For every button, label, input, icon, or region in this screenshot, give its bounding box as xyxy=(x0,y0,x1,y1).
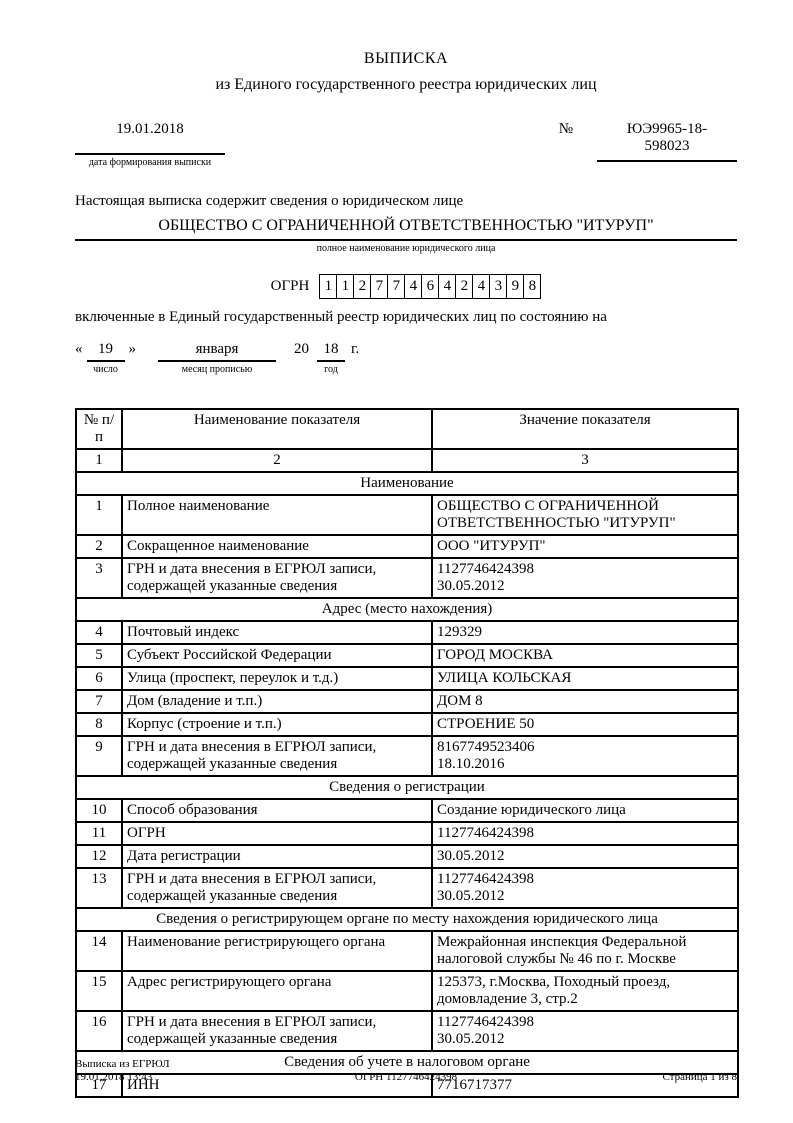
month-value: января xyxy=(158,340,276,362)
row-value: Межрайонная инспекция Федеральной налого… xyxy=(432,931,738,971)
row-value: ДОМ 8 xyxy=(432,690,738,713)
footer-datetime: 19.01.2018 13:43 xyxy=(75,1071,296,1084)
form-date-value: 19.01.2018 xyxy=(75,121,225,155)
row-number: 16 xyxy=(76,1011,122,1051)
ogrn-digit-box: 4 xyxy=(438,274,456,299)
form-date-block: 19.01.2018 дата формирования выписки xyxy=(75,121,225,168)
ogrn-digit-box: 9 xyxy=(506,274,524,299)
row-value: СТРОЕНИЕ 50 xyxy=(432,713,738,736)
header-indicator-name: Наименование показателя xyxy=(122,409,432,449)
row-value: 8167749523406 18.10.2016 xyxy=(432,736,738,776)
document-content: ВЫПИСКА из Единого государственного реес… xyxy=(75,0,737,1098)
footer-page-number: Страница 1 из 8 xyxy=(516,1071,737,1084)
row-value: 1127746424398 xyxy=(432,822,738,845)
row-label: ОГРН xyxy=(122,822,432,845)
table-row: 5 Субъект Российской Федерации ГОРОД МОС… xyxy=(76,644,738,667)
number-sign: № xyxy=(559,121,573,138)
ogrn-digit-box: 4 xyxy=(472,274,490,299)
row-label: Улица (проспект, переулок и т.д.) xyxy=(122,667,432,690)
close-quote: » xyxy=(129,340,137,359)
footer-left: Выписка из ЕГРЮЛ 19.01.2018 13:43 xyxy=(75,1058,296,1084)
table-row: 3 ГРН и дата внесения в ЕГРЮЛ записи, со… xyxy=(76,558,738,598)
row-label: Полное наименование xyxy=(122,495,432,535)
header-row-number: № п/п xyxy=(76,409,122,449)
header-fields: 19.01.2018 дата формирования выписки № Ю… xyxy=(75,121,737,168)
document-title: ВЫПИСКА xyxy=(75,50,737,68)
century-text: 20 xyxy=(294,340,309,359)
row-value: 30.05.2012 xyxy=(432,845,738,868)
table-row: 9 ГРН и дата внесения в ЕГРЮЛ записи, со… xyxy=(76,736,738,776)
section-title: Сведения о регистрации xyxy=(76,776,738,799)
table-row: 14 Наименование регистрирующего органа М… xyxy=(76,931,738,971)
row-label: ГРН и дата внесения в ЕГРЮЛ записи, соде… xyxy=(122,868,432,908)
row-value: 125373, г.Москва, Походный проезд, домов… xyxy=(432,971,738,1011)
table-row: 15 Адрес регистрирующего органа 125373, … xyxy=(76,971,738,1011)
year-suffix: г. xyxy=(351,340,359,359)
table-row: 8 Корпус (строение и т.п.) СТРОЕНИЕ 50 xyxy=(76,713,738,736)
section-title: Наименование xyxy=(76,472,738,495)
row-label: Сокращенное наименование xyxy=(122,535,432,558)
state-date-row: « 19 число » января месяц прописью 20 18… xyxy=(75,340,737,375)
row-value: 129329 xyxy=(432,621,738,644)
row-number: 11 xyxy=(76,822,122,845)
row-number: 3 xyxy=(76,558,122,598)
footer-doc-type: Выписка из ЕГРЮЛ xyxy=(75,1058,296,1071)
section-title: Адрес (место нахождения) xyxy=(76,598,738,621)
row-value: ОБЩЕСТВО С ОГРАНИЧЕННОЙ ОТВЕТСТВЕННОСТЬЮ… xyxy=(432,495,738,535)
row-number: 5 xyxy=(76,644,122,667)
row-label: Адрес регистрирующего органа xyxy=(122,971,432,1011)
row-label: Корпус (строение и т.п.) xyxy=(122,713,432,736)
row-number: 2 xyxy=(76,535,122,558)
section-row: Сведения о регистрирующем органе по мест… xyxy=(76,908,738,931)
table-row: 2 Сокращенное наименование ООО "ИТУРУП" xyxy=(76,535,738,558)
header-indicator-value: Значение показателя xyxy=(432,409,738,449)
row-number: 14 xyxy=(76,931,122,971)
footer-ogrn: ОГРН 1127746424398 xyxy=(296,1071,517,1084)
column-number-row: 1 2 3 xyxy=(76,449,738,472)
year-label: год xyxy=(317,362,345,375)
row-label: Дом (владение и т.п.) xyxy=(122,690,432,713)
document-page: ВЫПИСКА из Единого государственного реес… xyxy=(0,0,793,1123)
row-number: 1 xyxy=(76,495,122,535)
row-number: 9 xyxy=(76,736,122,776)
row-value: 1127746424398 30.05.2012 xyxy=(432,868,738,908)
ogrn-digit-box: 2 xyxy=(353,274,371,299)
ogrn-label: ОГРН xyxy=(271,278,310,295)
table-row: 7 Дом (владение и т.п.) ДОМ 8 xyxy=(76,690,738,713)
row-number: 4 xyxy=(76,621,122,644)
row-value: ГОРОД МОСКВА xyxy=(432,644,738,667)
row-number: 13 xyxy=(76,868,122,908)
row-label: ГРН и дата внесения в ЕГРЮЛ записи, соде… xyxy=(122,558,432,598)
day-label: число xyxy=(87,362,125,375)
ogrn-digit-boxes: 1 1 2 7 7 4 6 4 2 4 3 9 8 xyxy=(319,274,541,299)
document-number-text: ЮЭ9965-18-598023 xyxy=(617,121,717,155)
row-label: Наименование регистрирующего органа xyxy=(122,931,432,971)
ogrn-digit-box: 4 xyxy=(404,274,422,299)
section-row: Адрес (место нахождения) xyxy=(76,598,738,621)
company-name: ОБЩЕСТВО С ОГРАНИЧЕННОЙ ОТВЕТСТВЕННОСТЬЮ… xyxy=(75,217,737,241)
row-value: Создание юридического лица xyxy=(432,799,738,822)
section-row: Сведения о регистрации xyxy=(76,776,738,799)
year-value: 18 xyxy=(317,340,345,362)
month-label: месяц прописью xyxy=(158,362,276,375)
column-number: 2 xyxy=(122,449,432,472)
ogrn-digit-box: 7 xyxy=(370,274,388,299)
intro-line: Настоящая выписка содержит сведения о юр… xyxy=(75,193,737,210)
section-title: Сведения о регистрирующем органе по мест… xyxy=(76,908,738,931)
table-header-row: № п/п Наименование показателя Значение п… xyxy=(76,409,738,449)
row-value: 1127746424398 30.05.2012 xyxy=(432,1011,738,1051)
section-row: Наименование xyxy=(76,472,738,495)
row-label: Почтовый индекс xyxy=(122,621,432,644)
row-label: ГРН и дата внесения в ЕГРЮЛ записи, соде… xyxy=(122,1011,432,1051)
ogrn-digit-box: 2 xyxy=(455,274,473,299)
document-subtitle: из Единого государственного реестра юрид… xyxy=(75,76,737,94)
table-row: 11 ОГРН 1127746424398 xyxy=(76,822,738,845)
ogrn-digit-box: 7 xyxy=(387,274,405,299)
row-number: 15 xyxy=(76,971,122,1011)
ogrn-digit-box: 6 xyxy=(421,274,439,299)
month-field: января месяц прописью xyxy=(158,340,276,375)
column-number: 1 xyxy=(76,449,122,472)
row-value: ООО "ИТУРУП" xyxy=(432,535,738,558)
row-number: 6 xyxy=(76,667,122,690)
open-quote: « xyxy=(75,340,83,359)
row-label: Способ образования xyxy=(122,799,432,822)
row-number: 12 xyxy=(76,845,122,868)
page-footer: Выписка из ЕГРЮЛ 19.01.2018 13:43 ОГРН 1… xyxy=(75,1058,737,1084)
ogrn-digit-box: 1 xyxy=(319,274,337,299)
ogrn-digit-box: 3 xyxy=(489,274,507,299)
table-row: 10 Способ образования Создание юридическ… xyxy=(76,799,738,822)
row-label: ГРН и дата внесения в ЕГРЮЛ записи, соде… xyxy=(122,736,432,776)
registry-table: № п/п Наименование показателя Значение п… xyxy=(75,408,739,1098)
row-number: 7 xyxy=(76,690,122,713)
day-field: 19 число xyxy=(87,340,125,375)
document-number-block: № ЮЭ9965-18-598023 xyxy=(559,121,737,162)
row-number: 10 xyxy=(76,799,122,822)
ogrn-row: ОГРН 1 1 2 7 7 4 6 4 2 4 3 9 8 xyxy=(75,274,737,299)
ogrn-digit-box: 1 xyxy=(336,274,354,299)
row-value: 1127746424398 30.05.2012 xyxy=(432,558,738,598)
document-number-field: ЮЭ9965-18-598023 xyxy=(597,121,737,162)
column-number: 3 xyxy=(432,449,738,472)
table-row: 4 Почтовый индекс 129329 xyxy=(76,621,738,644)
row-value: УЛИЦА КОЛЬСКАЯ xyxy=(432,667,738,690)
included-line: включенные в Единый государственный реес… xyxy=(75,309,737,326)
day-value: 19 xyxy=(87,340,125,362)
row-label: Субъект Российской Федерации xyxy=(122,644,432,667)
company-name-label: полное наименование юридического лица xyxy=(75,241,737,254)
table-row: 6 Улица (проспект, переулок и т.д.) УЛИЦ… xyxy=(76,667,738,690)
table-row: 12 Дата регистрации 30.05.2012 xyxy=(76,845,738,868)
document-number-value: ЮЭ9965-18-598023 xyxy=(597,121,737,162)
table-row: 16 ГРН и дата внесения в ЕГРЮЛ записи, с… xyxy=(76,1011,738,1051)
ogrn-digit-box: 8 xyxy=(523,274,541,299)
form-date-label: дата формирования выписки xyxy=(75,155,225,168)
table-row: 13 ГРН и дата внесения в ЕГРЮЛ записи, с… xyxy=(76,868,738,908)
row-label: Дата регистрации xyxy=(122,845,432,868)
year-field: 18 год xyxy=(317,340,345,375)
row-number: 8 xyxy=(76,713,122,736)
table-row: 1 Полное наименование ОБЩЕСТВО С ОГРАНИЧ… xyxy=(76,495,738,535)
